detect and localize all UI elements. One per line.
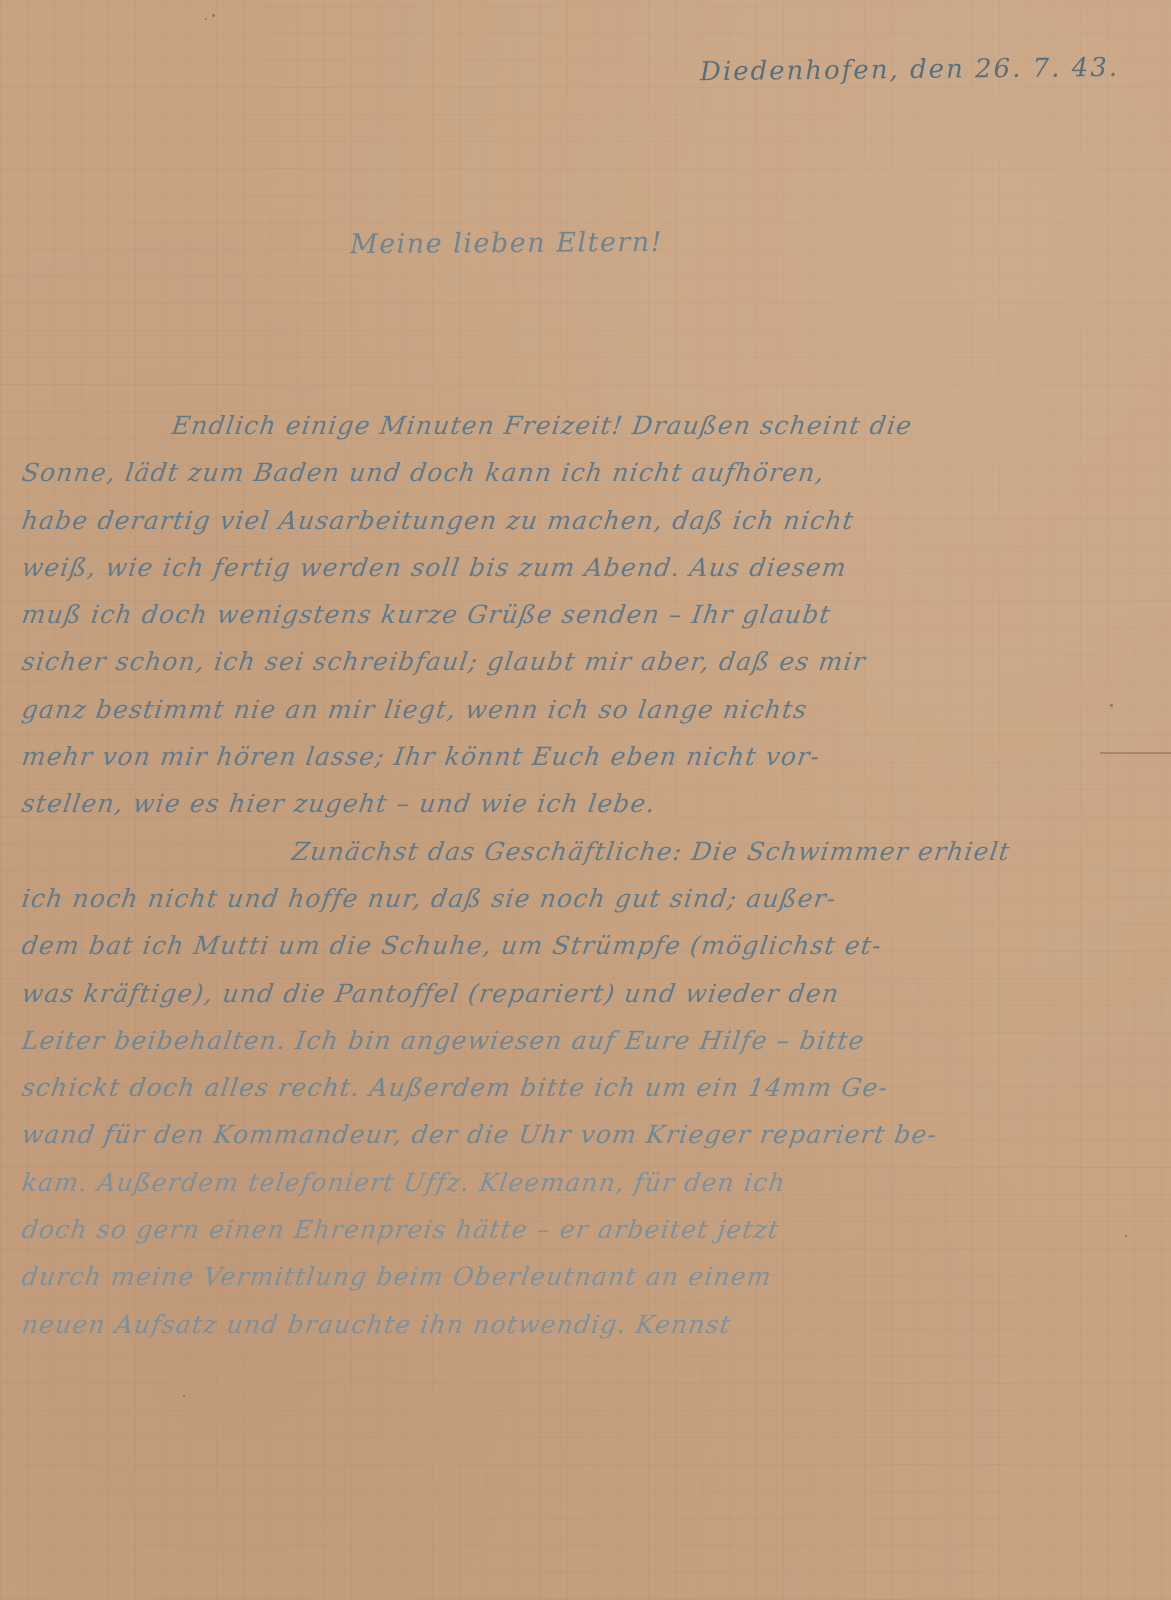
body-line: doch so gern einen Ehrenpreis hätte – er… bbox=[19, 1206, 1151, 1253]
body-line: Leiter beibehalten. Ich bin angewiesen a… bbox=[19, 1017, 1151, 1064]
body-line: dem bat ich Mutti um die Schuhe, um Strü… bbox=[19, 922, 1151, 969]
body-line: weiß, wie ich fertig werden soll bis zum… bbox=[19, 544, 1151, 591]
body-line: sicher schon, ich sei schreibfaul; glaub… bbox=[19, 638, 1151, 685]
body-line: wand für den Kommandeur, der die Uhr vom… bbox=[19, 1111, 1151, 1158]
letter-body: Endlich einige Minuten Freizeit! Draußen… bbox=[22, 402, 1147, 1348]
body-line: Endlich einige Minuten Freizeit! Draußen… bbox=[19, 402, 1151, 449]
place-and-date: Diedenhofen, den 26. 7. 43. bbox=[700, 53, 1119, 87]
salutation: Meine lieben Eltern! bbox=[350, 227, 663, 260]
body-line: ich noch nicht und hoffe nur, daß sie no… bbox=[19, 875, 1151, 922]
body-line: mehr von mir hören lasse; Ihr könnt Euch… bbox=[19, 733, 1151, 780]
body-line: Zunächst das Geschäftliche: Die Schwimme… bbox=[19, 828, 1151, 875]
letter-page: Diedenhofen, den 26. 7. 43. Meine lieben… bbox=[0, 0, 1171, 1600]
body-line: kam. Außerdem telefoniert Uffz. Kleemann… bbox=[19, 1159, 1151, 1206]
body-line: neuen Aufsatz und brauchte ihn notwendig… bbox=[19, 1301, 1151, 1348]
body-line: was kräftige), und die Pantoffel (repari… bbox=[19, 970, 1151, 1017]
body-line: ganz bestimmt nie an mir liegt, wenn ich… bbox=[19, 686, 1151, 733]
body-line: Sonne, lädt zum Baden und doch kann ich … bbox=[19, 449, 1151, 496]
paper-speck bbox=[212, 14, 215, 17]
body-line: muß ich doch wenigstens kurze Grüße send… bbox=[19, 591, 1151, 638]
paper-speck bbox=[183, 1395, 185, 1397]
body-line: durch meine Vermittlung beim Oberleutnan… bbox=[19, 1253, 1151, 1300]
body-line: schickt doch alles recht. Außerdem bitte… bbox=[19, 1064, 1151, 1111]
body-line: stellen, wie es hier zugeht – und wie ic… bbox=[19, 780, 1151, 827]
body-line: habe derartig viel Ausarbeitungen zu mac… bbox=[19, 497, 1151, 544]
paper-speck bbox=[205, 18, 207, 20]
